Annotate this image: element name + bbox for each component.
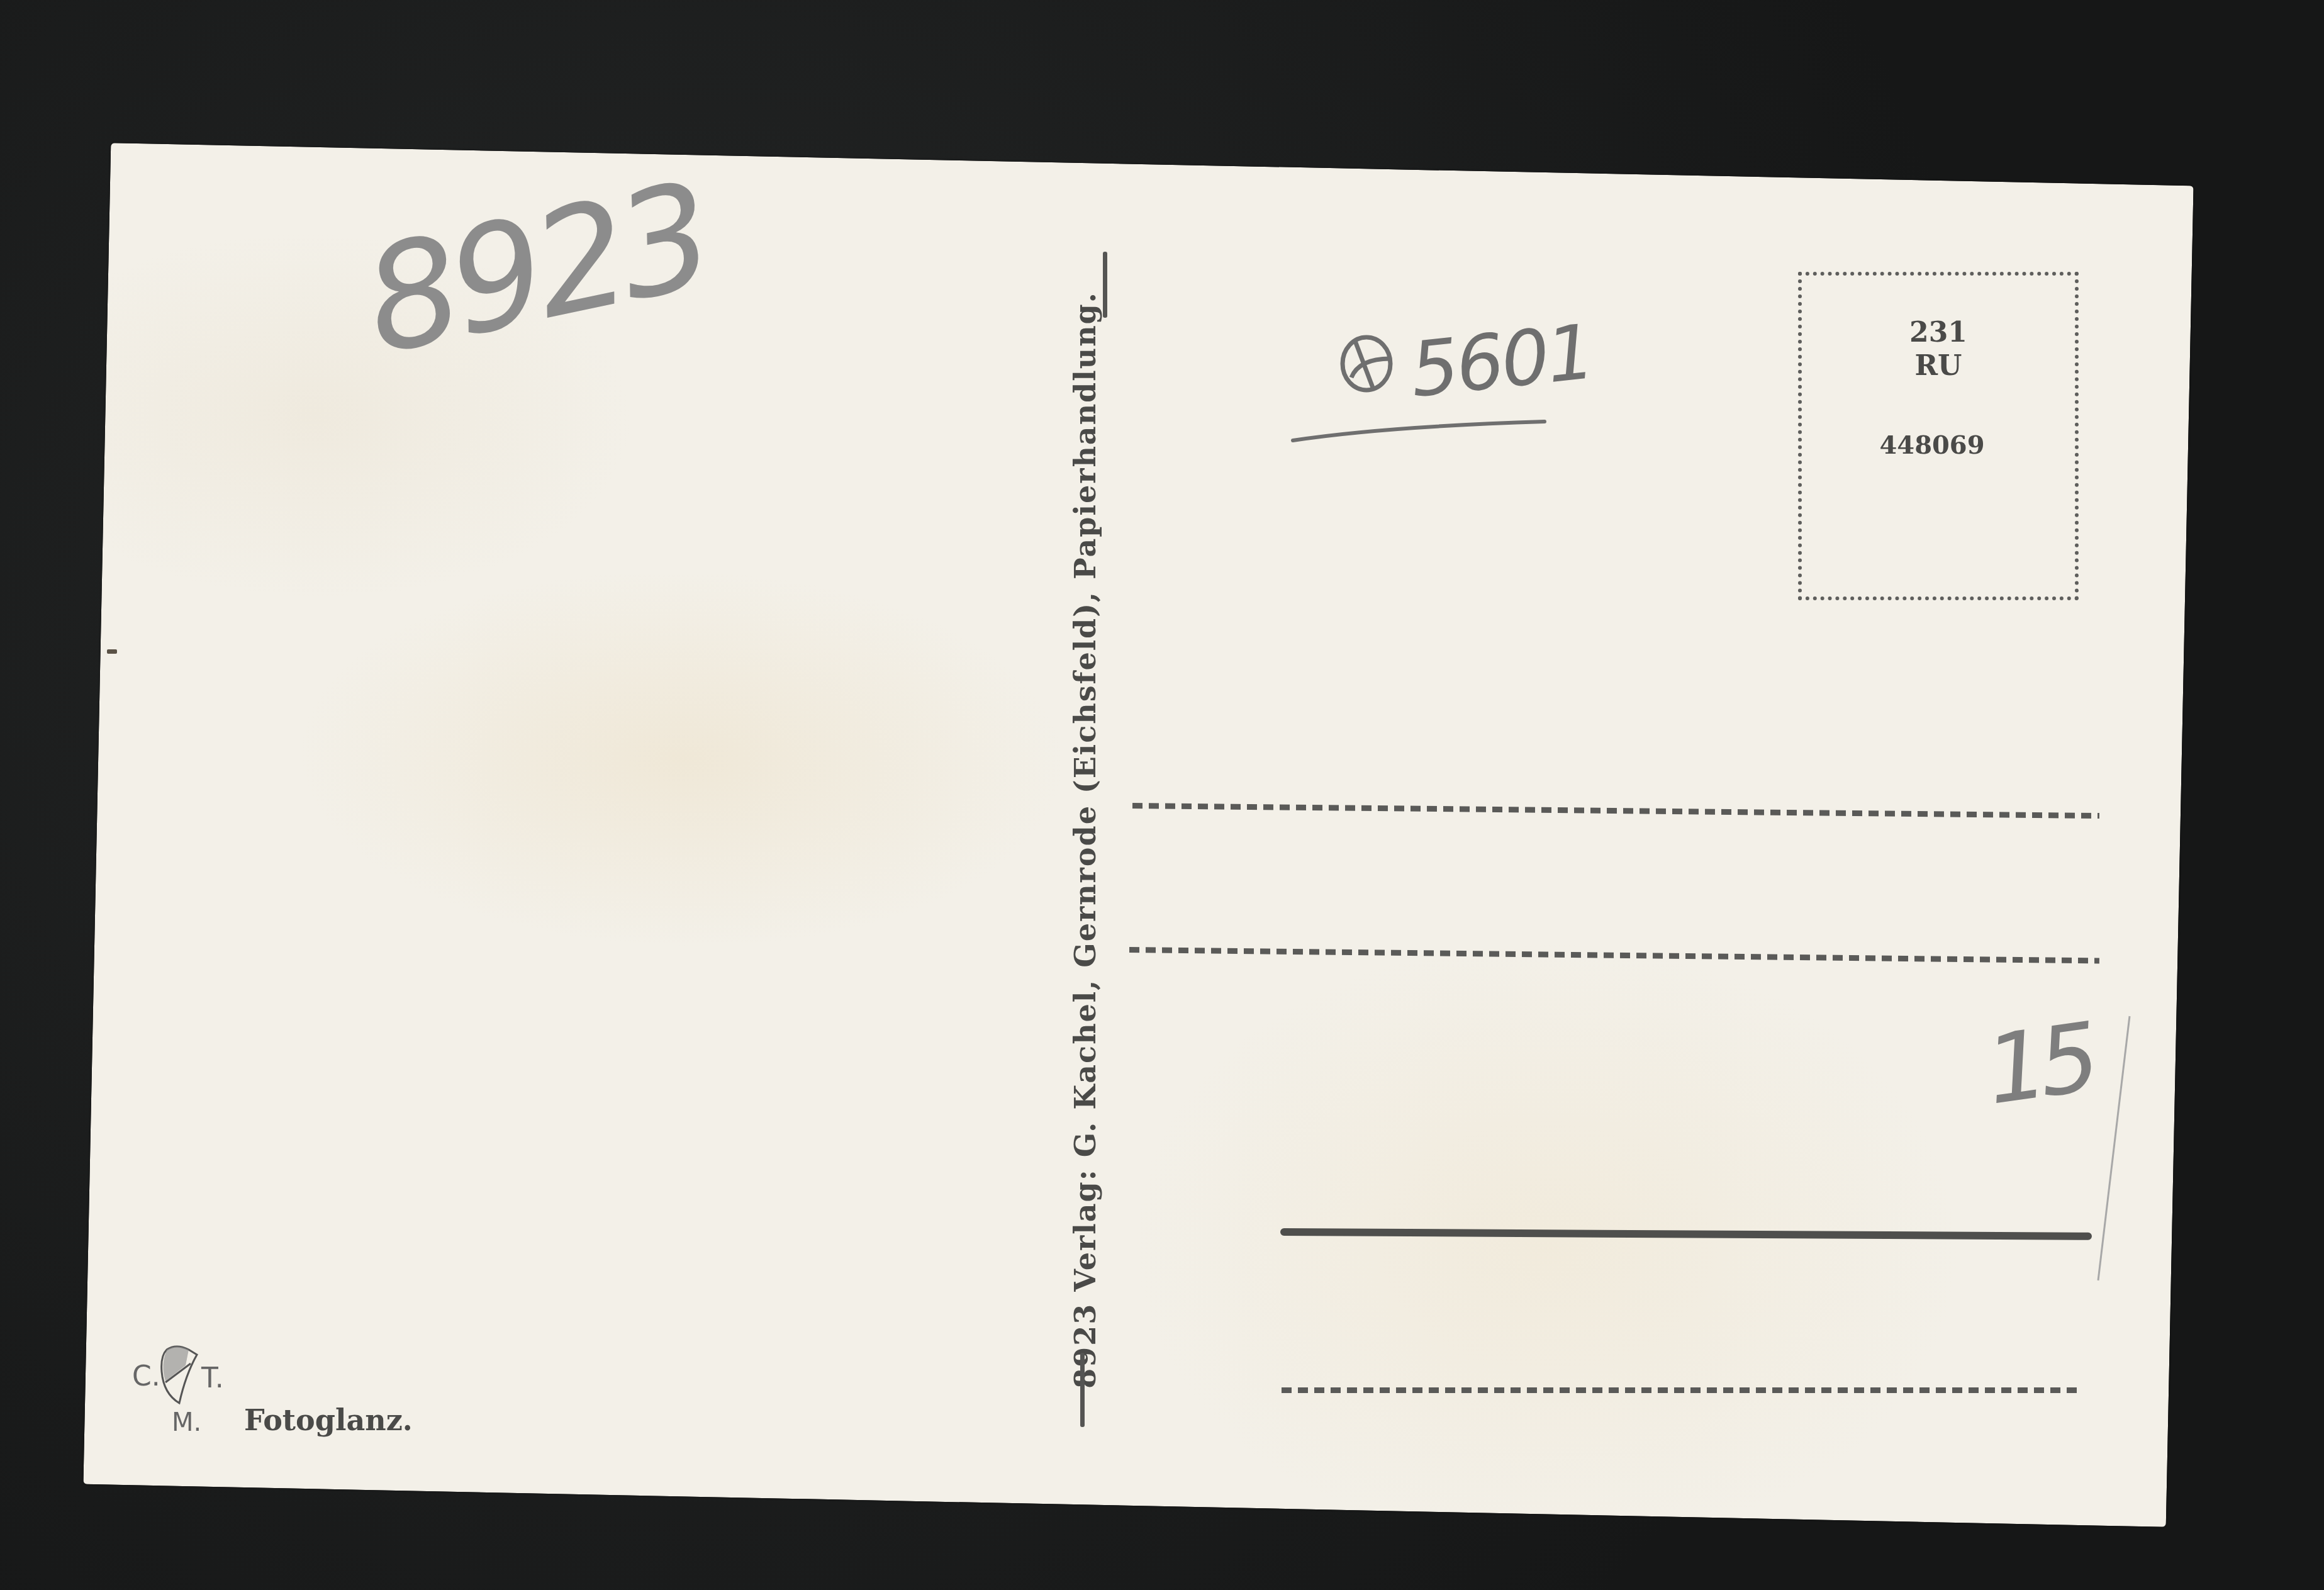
divider-line-top xyxy=(1103,252,1107,318)
stray-mark xyxy=(107,649,117,654)
pencil-slash xyxy=(2095,1013,2133,1284)
logo-letter-t: T. xyxy=(201,1362,224,1394)
stamp-number: 448069 xyxy=(1796,430,2069,460)
pencil-note-15: 15 xyxy=(1980,1003,2099,1126)
fotoglanz-label: Fotoglanz. xyxy=(244,1403,413,1437)
stamp-box: 231 RU 448069 xyxy=(1798,272,2079,600)
shield-logo-icon xyxy=(160,1343,199,1406)
logo-letter-c: C. xyxy=(132,1360,160,1392)
pencil-underline xyxy=(1290,415,1548,447)
imprint-block: C. T. M. Fotoglanz. xyxy=(113,1346,491,1472)
logo-letter-m: M. xyxy=(172,1408,201,1437)
divider-line-bottom xyxy=(1080,1353,1085,1427)
address-line-4 xyxy=(1282,1387,2081,1393)
stamp-code: 231 xyxy=(1802,316,2075,349)
stamp-series: RU xyxy=(1802,350,2075,382)
circled-cross-icon xyxy=(1340,333,1394,393)
publisher-imprint: 8923 Verlag: G. Kachel, Gernrode (Eichsf… xyxy=(1068,291,1102,1389)
